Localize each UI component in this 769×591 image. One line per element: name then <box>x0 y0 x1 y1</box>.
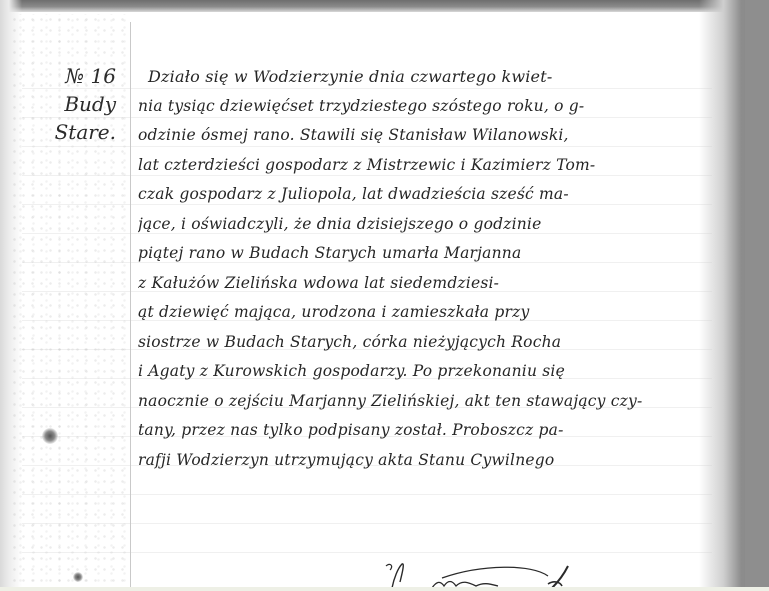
text-line: Działo się w Wodzierzynie dnia czwartego… <box>138 62 728 92</box>
text-line: tany, przez nas tylko podpisany został. … <box>138 416 728 446</box>
scan-bottom-edge <box>0 587 769 591</box>
village-name-line-2: Stare. <box>18 118 116 146</box>
text-line: nia tysiąc dziewięćset trzydziestego szó… <box>138 92 728 122</box>
margin-rule-line <box>130 22 131 591</box>
text-line: rafji Wodzierzyn utrzymujący akta Stanu … <box>138 446 728 476</box>
text-line: piątej rano w Budach Starych umarła Marj… <box>138 239 728 269</box>
binding-hole-mark <box>73 572 83 582</box>
act-number: № 16 <box>18 62 116 90</box>
text-line: ąt dziewięć mająca, urodzona i zamieszka… <box>138 298 728 328</box>
text-line: z Kałużów Zielińska wdowa lat siedemdzie… <box>138 269 728 299</box>
text-line: odzinie ósmej rano. Stawili się Stanisła… <box>138 121 728 151</box>
text-line: czak gospodarz z Juliopola, lat dwadzieś… <box>138 180 728 210</box>
text-line: lat czterdzieści gospodarz z Mistrzewic … <box>138 151 728 181</box>
scanned-document-page: № 16 Budy Stare. Działo się w Wodzierzyn… <box>0 0 769 591</box>
priest-signature <box>372 560 592 590</box>
text-line: siostrze w Budach Starych, córka nieżyją… <box>138 328 728 358</box>
scan-right-border <box>745 0 769 591</box>
record-body-text: Działo się w Wodzierzynie dnia czwartego… <box>138 62 728 475</box>
scan-top-border <box>0 0 769 12</box>
margin-note: № 16 Budy Stare. <box>18 62 128 146</box>
text-line: i Agaty z Kurowskich gospodarzy. Po prze… <box>138 357 728 387</box>
text-line: jące, i oświadczyli, że dnia dzisiejszeg… <box>138 210 728 240</box>
text-line: naocznie o zejściu Marjanny Zielińskiej,… <box>138 387 728 417</box>
binding-hole-mark <box>42 428 58 444</box>
village-name-line-1: Budy <box>18 90 116 118</box>
signature-flourish-icon <box>372 560 592 590</box>
